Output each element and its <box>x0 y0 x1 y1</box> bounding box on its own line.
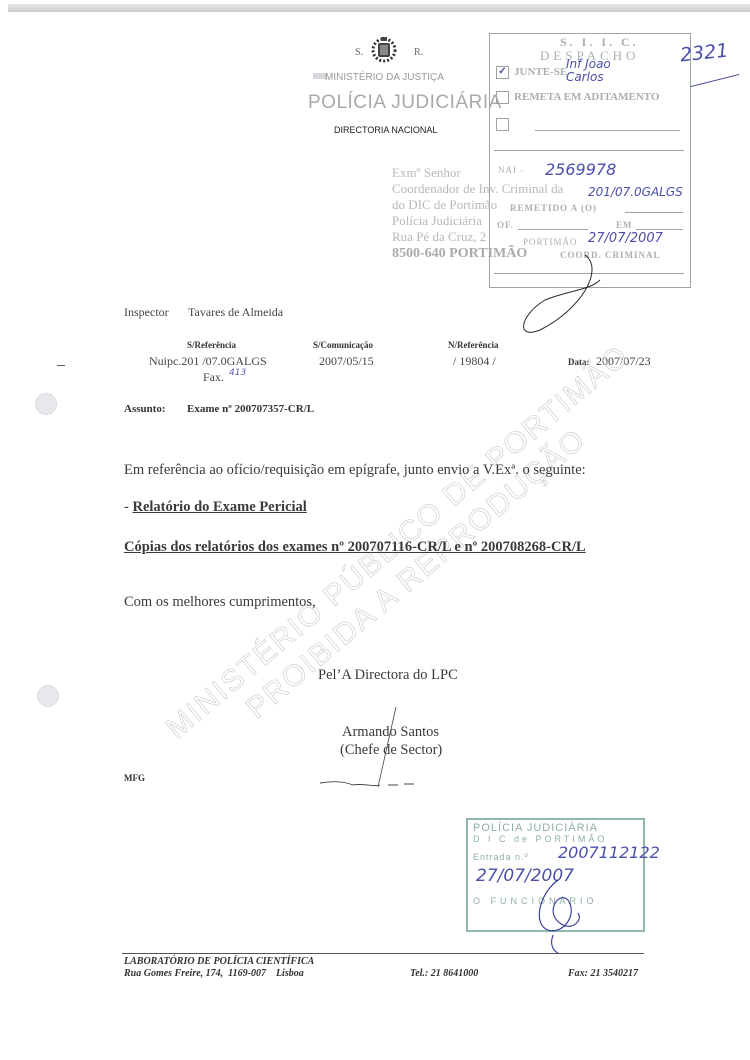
handwritten-loop <box>510 250 610 340</box>
footer-divider <box>122 953 644 954</box>
addressee-name: Tavares de Almeida <box>188 305 283 320</box>
em-label: EM <box>616 220 633 230</box>
entrada-label: Entrada n.º <box>473 852 529 862</box>
body-item-2: Cópias dos relatórios dos exames nº 2007… <box>124 539 586 556</box>
checkbox-icon <box>496 91 509 104</box>
fax-handwritten: 413 <box>229 368 246 378</box>
process-handwritten: 201/07.0GALGS <box>588 185 683 199</box>
entry-signature <box>528 875 588 955</box>
blank-line <box>535 130 680 131</box>
checkbox-icon <box>496 118 509 131</box>
option-junte-se: ✓JUNTE-SE <box>496 66 567 79</box>
footer-tel: Tel.: 21 8641000 <box>410 968 478 979</box>
recipient-line: Exmº Senhor <box>392 165 563 181</box>
recipient-block: Exmº Senhor Coordenador de Inv. Criminal… <box>392 165 563 262</box>
recipient-postal: 8500-640 PORTIMÃO <box>392 246 527 261</box>
em-line <box>636 229 683 230</box>
option-blank <box>496 118 514 131</box>
margin-number: 2321 <box>679 40 729 67</box>
stamp-date-handwritten: 27/07/2007 <box>588 231 663 246</box>
entrada-value: 2007112122 <box>558 843 660 862</box>
footer-fax: Fax: 21 3540217 <box>568 968 638 979</box>
margin-stroke <box>691 74 740 87</box>
s-com-label: S/Comunicação <box>313 340 373 350</box>
directorate-name: DIRECTORIA NACIONAL <box>334 125 437 135</box>
recipient-line: do DIC de Portimão <box>392 197 563 213</box>
recipient-line: Coordenador de Inv. Criminal da <box>392 181 563 197</box>
header-right-letter: R. <box>414 47 423 58</box>
ministry-name: MINISTÉRIO DA JUSTIÇA <box>325 72 444 83</box>
recipient-line: Rua Pé da Cruz, 2 <box>392 229 563 245</box>
s-ref-label: S/Referência <box>187 340 236 350</box>
footer-address: Rua Gomes Freire, 174, 1169-007 Lisboa <box>124 968 304 979</box>
stamp-divider <box>494 150 684 151</box>
n-ref-value: / 19804 / <box>453 354 496 369</box>
agency-name: POLÍCIA JUDICIÁRIA <box>308 92 502 114</box>
header-left-letter: S. <box>355 47 363 58</box>
recipient-line: Polícia Judiciária <box>392 213 563 229</box>
body-intro: Em referência ao ofício/requisição em ep… <box>124 462 586 479</box>
option-remeta: REMETA EM ADITAMENTO <box>496 91 659 104</box>
checkbox-checked-icon: ✓ <box>496 66 509 79</box>
punch-hole <box>37 685 59 707</box>
coat-of-arms-icon <box>369 36 399 64</box>
body-closing: Com os melhores cumprimentos, <box>124 594 316 611</box>
initials: MFG <box>124 773 145 783</box>
signature-stroke <box>318 705 428 800</box>
addressee-title: Inspector <box>124 305 169 320</box>
subject-value: Exame nº 200707357-CR/L <box>187 403 314 415</box>
subject-label: Assunto: <box>124 403 166 415</box>
handwritten-junte-note: Inf Joao Carlos <box>566 58 636 84</box>
fax-label: Fax. <box>203 370 224 385</box>
punch-hole <box>35 393 57 415</box>
n-ref-label: N/Referência <box>448 340 498 350</box>
footer-lab: LABORATÓRIO DE POLÍCIA CIENTÍFICA <box>124 956 314 967</box>
scan-edge <box>8 4 750 12</box>
s-com-value: 2007/05/15 <box>319 354 374 369</box>
margin-dash <box>57 365 65 366</box>
entry-stamp-line1: POLÍCIA JUDICIÁRIA <box>473 822 598 834</box>
s-ref-value: Nuipc.201 /07.0GALGS <box>149 354 267 369</box>
watermark-line-1: MINISTÉRIO PÚBLICO DE PORTIMÃO <box>160 386 580 746</box>
remetido-line <box>625 212 683 213</box>
signature-on-behalf: Pel’A Directora do LPC <box>318 667 458 684</box>
body-item-1: - Relatório do Exame Pericial <box>124 499 307 516</box>
